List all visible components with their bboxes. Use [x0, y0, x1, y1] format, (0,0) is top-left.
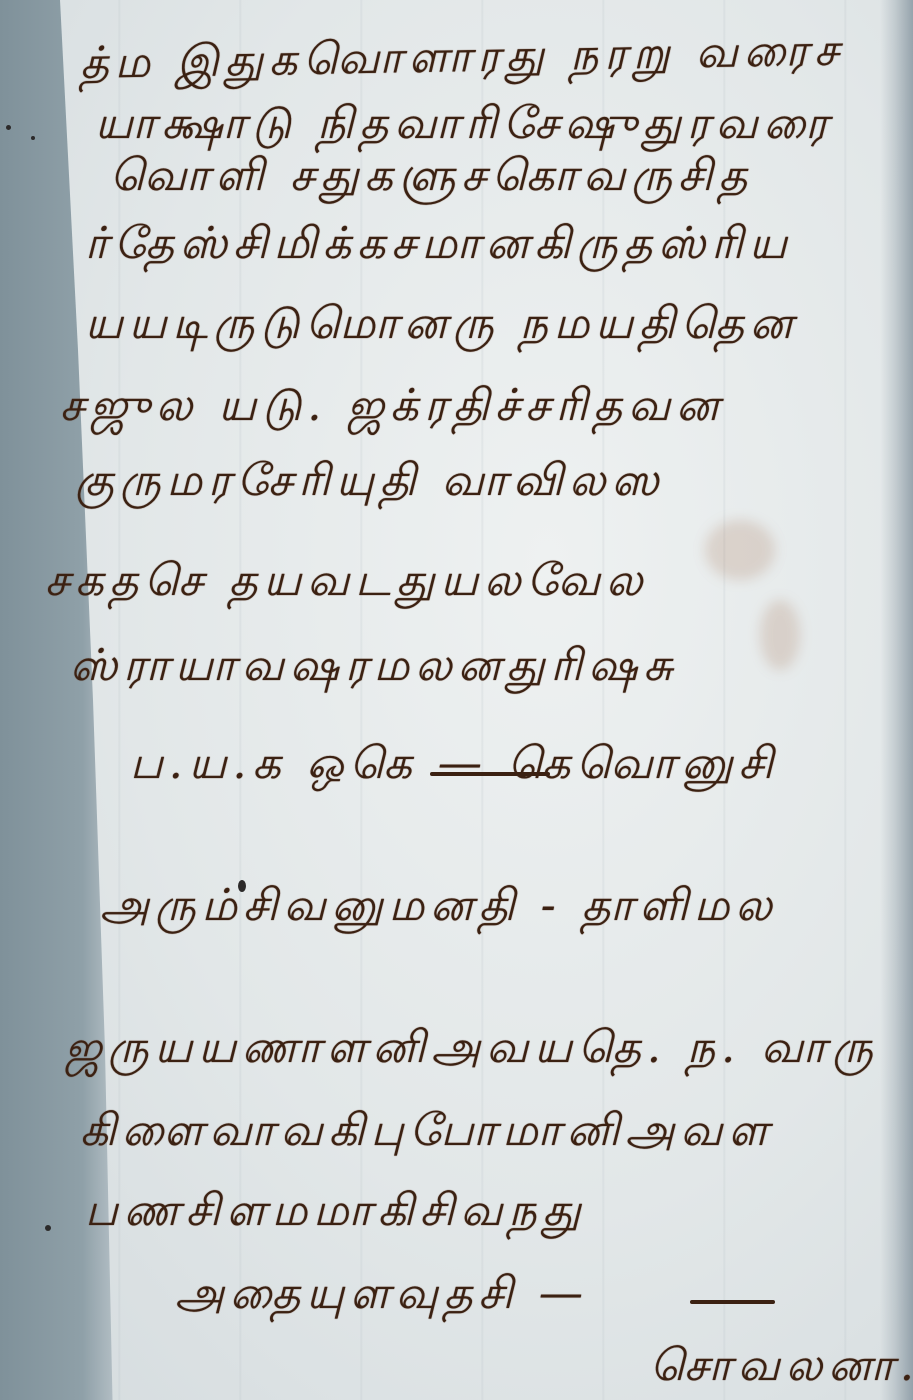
manuscript-line-12: ஜருயயணாளனிஅவயதெ. ந. வாரு [65, 1022, 879, 1079]
manuscript-line-14: பணசிளமமாகிசிவநது [85, 1185, 587, 1242]
ink-stroke [430, 772, 550, 776]
manuscript-line-11: அரும்சிவனுமனதி - தாளிமல [100, 880, 778, 937]
manuscript-line-8: சகதசெ தயவடதுயலவேல [45, 555, 649, 612]
manuscript-line-7: குருமரசேரியுதி வாவிலஸ [75, 455, 665, 512]
manuscript-line-5: யயடிருடுமொனரு நமயதிதென [85, 298, 799, 355]
manuscript-line-3: வொளி சதுகளுசகொவருசித [110, 150, 753, 207]
ink-stain [760, 600, 800, 670]
manuscript-line-9: ஸ்ராயாவஷரமலனதுரிஷசு [70, 640, 678, 697]
manuscript-line-10: ப.ய.க ஒகெ — கெவொனுசி [130, 738, 779, 795]
manuscript-line-13: கிளைவாவகிபுபோமானிஅவள [80, 1105, 774, 1162]
manuscript-line-4: ர்தேஸ்சிமிக்கசமானகிருதஸ்ரிய [85, 218, 793, 275]
manuscript-line-2: யாக்ஷாடு நிதவாரிசேஷுதுரவரை [95, 98, 834, 155]
manuscript-line-16: சொவலனா. [650, 1340, 913, 1397]
manuscript-line-6: சஜுல யடு. ஜக்ரதிச்சரிதவன [60, 380, 725, 437]
ink-stroke [690, 1300, 775, 1304]
ink-speck [31, 136, 35, 140]
ink-speck [45, 1225, 51, 1231]
manuscript-line-15: அதையுளவுதசி — [175, 1268, 589, 1325]
ink-speck [6, 125, 11, 130]
ink-stain [705, 520, 775, 580]
